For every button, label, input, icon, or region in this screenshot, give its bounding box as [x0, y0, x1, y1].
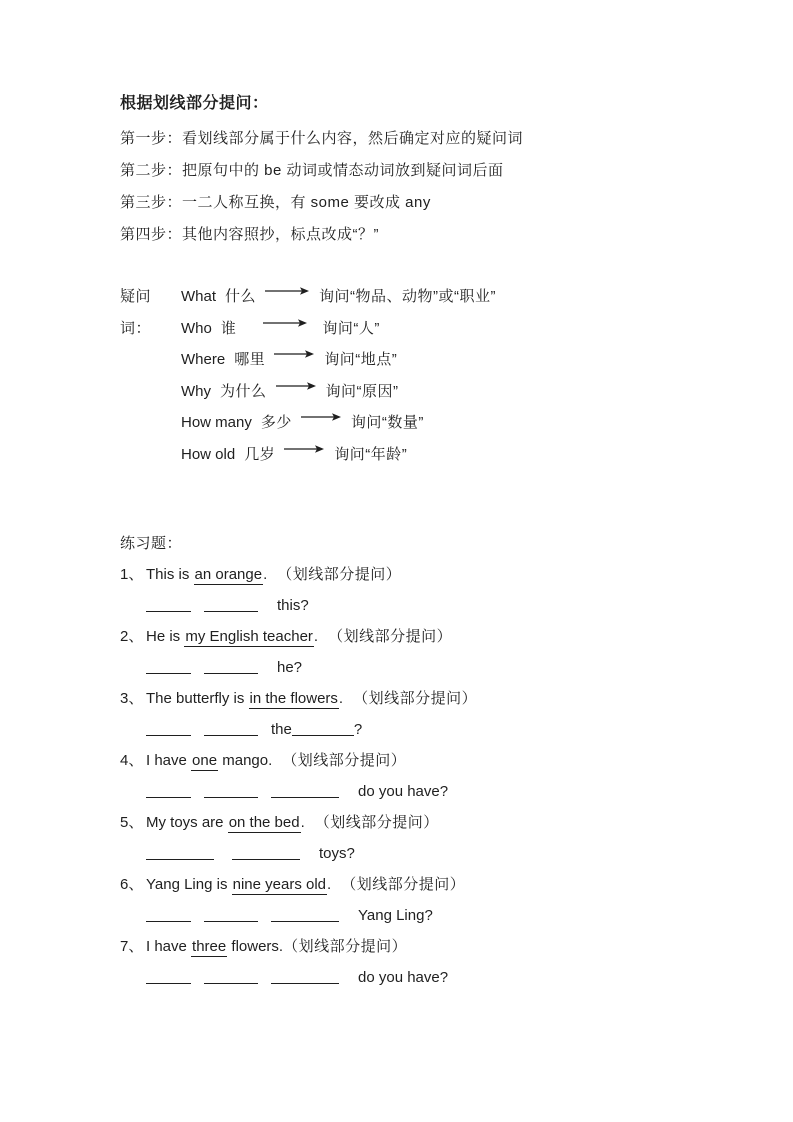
question-word-meaning: 谁	[221, 313, 237, 345]
answer-blank	[146, 907, 191, 922]
answer-blank	[146, 597, 191, 612]
question-word-row: How many 多少 询问“数量”	[181, 407, 693, 439]
answer-blank	[146, 969, 191, 984]
question-word-meaning: 为什么	[220, 376, 267, 408]
sentence-pre: The butterfly is	[146, 690, 249, 707]
underlined-part: three	[191, 938, 227, 957]
underlined-part: on the bed	[228, 814, 301, 833]
right-arrow-icon	[262, 308, 308, 340]
sentence-post: .	[327, 876, 331, 893]
sentence-post: mango.	[218, 752, 272, 769]
exercises-heading: 练习题：	[120, 528, 693, 559]
question-word: Why	[181, 376, 211, 408]
answer-line: the?	[120, 714, 693, 745]
question-words-section: 疑问词： What 什么 询问“物品、动物”或“职业” Who 谁 询问“人” …	[120, 281, 693, 470]
exercise-sentence: 4、I have one mango.（划线部分提问）	[120, 745, 693, 776]
question-word: How old	[181, 439, 235, 471]
answer-blank	[204, 721, 258, 736]
question-words-label: 疑问词：	[120, 281, 181, 470]
exercise-number: 6、	[120, 869, 146, 900]
underlined-part: one	[191, 752, 218, 771]
question-word-meaning: 哪里	[234, 344, 265, 376]
sentence-pre: Yang Ling is	[146, 876, 232, 893]
answer-blank	[146, 721, 191, 736]
exercise-item: 4、I have one mango.（划线部分提问） do you have?	[120, 745, 693, 807]
underlined-part: my English teacher	[184, 628, 314, 647]
question-word-row: Who 谁 询问“人”	[181, 313, 693, 345]
exercise-sentence: 6、Yang Ling is nine years old.（划线部分提问）	[120, 869, 693, 900]
answer-tail: ?	[354, 721, 362, 738]
exercise-item: 1、This is an orange.（划线部分提问） this?	[120, 559, 693, 621]
answer-mid: the	[271, 721, 292, 738]
exercise-number: 1、	[120, 559, 146, 590]
sentence-pre: My toys are	[146, 814, 228, 831]
answer-line: do you have?	[120, 962, 693, 993]
answer-blank	[271, 969, 339, 984]
sentence-post: .	[301, 814, 305, 831]
question-word-row: How old 几岁 询问“年龄”	[181, 439, 693, 471]
step-line: 第四步：其他内容照抄，标点改成“？”	[120, 219, 693, 251]
answer-line: this?	[120, 590, 693, 621]
question-word-row: What 什么 询问“物品、动物”或“职业”	[181, 281, 693, 313]
answer-tail: Yang Ling?	[358, 907, 433, 924]
exercise-item: 5、My toys are on the bed.（划线部分提问） toys?	[120, 807, 693, 869]
answer-line: he?	[120, 652, 693, 683]
answer-line: Yang Ling?	[120, 900, 693, 931]
answer-blank	[146, 659, 191, 674]
exercise-note: （划线部分提问）	[283, 938, 407, 955]
underlined-part: an orange	[194, 566, 264, 585]
exercise-sentence: 2、He is my English teacher.（划线部分提问）	[120, 621, 693, 652]
exercises-section: 练习题： 1、This is an orange.（划线部分提问） this? …	[120, 528, 693, 993]
question-word-usage: 询问“数量”	[351, 407, 424, 439]
exercise-number: 7、	[120, 931, 146, 962]
question-word: Where	[181, 344, 225, 376]
right-arrow-icon	[273, 339, 315, 371]
answer-blank	[204, 659, 258, 674]
answer-tail: do you have?	[358, 783, 448, 800]
answer-blank	[271, 907, 339, 922]
right-arrow-icon	[283, 434, 325, 466]
step-line: 第二步：把原句中的 be 动词或情态动词放到疑问词后面	[120, 155, 693, 187]
worksheet-page: 根据划线部分提问： 第一步：看划线部分属于什么内容，然后确定对应的疑问词 第二步…	[0, 0, 793, 1122]
answer-tail: do you have?	[358, 969, 448, 986]
question-word-usage: 询问“物品、动物”或“职业”	[319, 281, 496, 313]
question-word-rows: What 什么 询问“物品、动物”或“职业” Who 谁 询问“人” Where…	[181, 281, 693, 470]
exercise-number: 4、	[120, 745, 146, 776]
question-word-meaning: 什么	[225, 281, 256, 313]
question-word: What	[181, 281, 216, 313]
exercise-number: 5、	[120, 807, 146, 838]
answer-line: do you have?	[120, 776, 693, 807]
exercise-number: 3、	[120, 683, 146, 714]
question-word-row: Why 为什么 询问“原因”	[181, 376, 693, 408]
sentence-post: .	[339, 690, 343, 707]
exercise-item: 7、I have three flowers.（划线部分提问） do you h…	[120, 931, 693, 993]
exercise-note: （划线部分提问）	[353, 690, 477, 707]
question-word: How many	[181, 407, 252, 439]
sentence-pre: He is	[146, 628, 184, 645]
right-arrow-icon	[275, 371, 317, 403]
answer-blank	[204, 907, 258, 922]
underlined-part: nine years old	[232, 876, 327, 895]
steps-section: 第一步：看划线部分属于什么内容，然后确定对应的疑问词 第二步：把原句中的 be …	[120, 123, 693, 251]
right-arrow-icon	[264, 276, 310, 308]
page-title: 根据划线部分提问：	[120, 90, 693, 113]
question-word-row: Where 哪里 询问“地点”	[181, 344, 693, 376]
underlined-part: in the flowers	[249, 690, 339, 709]
exercise-note: （划线部分提问）	[282, 752, 406, 769]
exercise-note: （划线部分提问）	[328, 628, 452, 645]
exercise-note: （划线部分提问）	[277, 566, 401, 583]
exercise-note: （划线部分提问）	[341, 876, 465, 893]
exercise-number: 2、	[120, 621, 146, 652]
question-word-usage: 询问“地点”	[324, 344, 397, 376]
exercise-sentence: 1、This is an orange.（划线部分提问）	[120, 559, 693, 590]
exercise-item: 2、He is my English teacher.（划线部分提问） he?	[120, 621, 693, 683]
step-line: 第三步：一二人称互换，有 some 要改成 any	[120, 187, 693, 219]
exercise-item: 6、Yang Ling is nine years old.（划线部分提问） Y…	[120, 869, 693, 931]
answer-blank	[204, 783, 258, 798]
question-word-meaning: 几岁	[244, 439, 275, 471]
answer-blank	[204, 597, 258, 612]
answer-blank	[204, 969, 258, 984]
question-word: Who	[181, 313, 212, 345]
sentence-pre: I have	[146, 752, 191, 769]
question-word-usage: 询问“年龄”	[334, 439, 407, 471]
exercise-note: （划线部分提问）	[315, 814, 439, 831]
answer-tail: toys?	[319, 845, 355, 862]
sentence-post: .	[314, 628, 318, 645]
answer-blank	[146, 783, 191, 798]
exercise-item: 3、The butterfly is in the flowers.（划线部分提…	[120, 683, 693, 745]
exercise-sentence: 3、The butterfly is in the flowers.（划线部分提…	[120, 683, 693, 714]
exercise-sentence: 7、I have three flowers.（划线部分提问）	[120, 931, 693, 962]
right-arrow-icon	[300, 402, 342, 434]
exercise-sentence: 5、My toys are on the bed.（划线部分提问）	[120, 807, 693, 838]
answer-line: toys?	[120, 838, 693, 869]
answer-blank	[232, 845, 300, 860]
answer-blank	[146, 845, 214, 860]
answer-tail: this?	[277, 597, 309, 614]
sentence-pre: This is	[146, 566, 194, 583]
answer-blank	[292, 721, 354, 736]
answer-tail: he?	[277, 659, 302, 676]
question-word-usage: 询问“人”	[322, 313, 380, 345]
answer-blank	[271, 783, 339, 798]
sentence-post: flowers.	[227, 938, 283, 955]
step-line: 第一步：看划线部分属于什么内容，然后确定对应的疑问词	[120, 123, 693, 155]
sentence-post: .	[263, 566, 267, 583]
sentence-pre: I have	[146, 938, 191, 955]
